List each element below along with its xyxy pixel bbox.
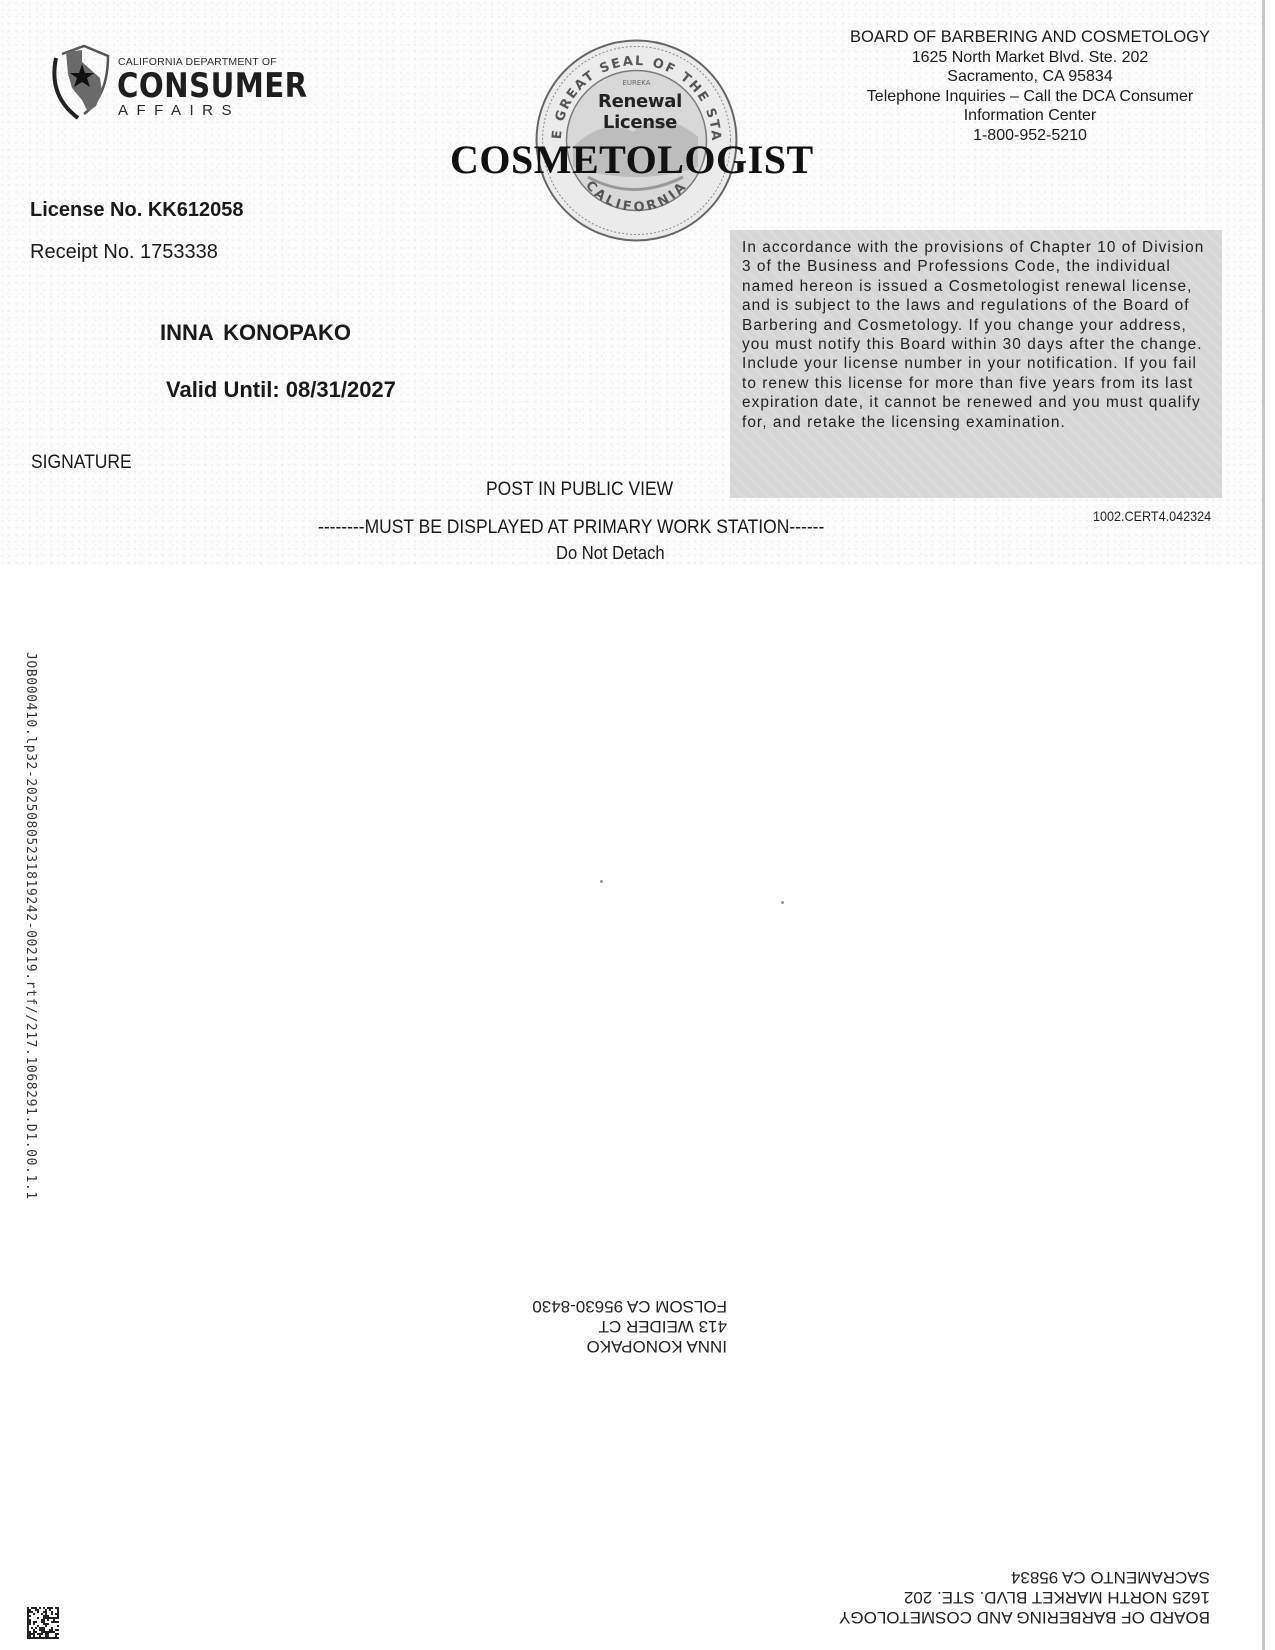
display-at-work-station-notice: --------MUST BE DISPLAYED AT PRIMARY WOR… <box>318 517 824 539</box>
legal-notice-text: In accordance with the provisions of Cha… <box>742 238 1210 432</box>
sender-name: BOARD OF BARBERING AND COSMETOLOGY <box>830 1607 1210 1627</box>
logo-consumer-wordmark: CONSUMER <box>117 66 308 106</box>
sender-city: SACRAMENTO CA 95834 <box>830 1567 1210 1587</box>
board-phone: 1-800-952-5210 <box>840 126 1220 146</box>
board-header: BOARD OF BARBERING AND COSMETOLOGY 1625 … <box>840 28 1220 145</box>
receipt-number: Receipt No. 1753338 <box>30 241 218 264</box>
recipient-address-upside-down: INNA KONOPAKO 413 WEIDER CT FOLSOM CA 95… <box>527 1296 727 1356</box>
logo-affairs-wordmark: AFFAIRS <box>118 102 240 119</box>
dca-logo: CALIFORNIA DEPARTMENT OF CONSUMER AFFAIR… <box>48 44 278 124</box>
print-job-id: JOB000410.lp32-20250805231819242-00219.r… <box>23 652 38 1200</box>
licensee-name: INNA KONOPAKO <box>160 320 351 346</box>
scan-speck <box>781 901 784 904</box>
sender-address-upside-down: BOARD OF BARBERING AND COSMETOLOGY 1625 … <box>830 1567 1210 1627</box>
renewal-license-label: Renewal License <box>560 91 720 133</box>
post-in-public-view-notice: POST IN PUBLIC VIEW <box>486 479 673 501</box>
recipient-street: 413 WEIDER CT <box>527 1316 727 1336</box>
recipient-city: FOLSOM CA 95630-8430 <box>527 1296 727 1316</box>
board-phone-label: Telephone Inquiries – Call the DCA Consu… <box>840 87 1220 107</box>
board-city: Sacramento, CA 95834 <box>840 67 1220 87</box>
form-code: 1002.CERT4.042324 <box>1093 508 1211 524</box>
board-name: BOARD OF BARBERING AND COSMETOLOGY <box>840 28 1220 48</box>
license-type-title: COSMETOLOGIST <box>450 136 814 183</box>
board-address: 1625 North Market Blvd. Ste. 202 <box>840 48 1220 68</box>
license-certificate: CALIFORNIA DEPARTMENT OF CONSUMER AFFAIR… <box>0 0 1262 565</box>
do-not-detach-notice: Do Not Detach <box>556 543 665 564</box>
legal-notice-box: In accordance with the provisions of Cha… <box>730 230 1222 498</box>
board-info-center: Information Center <box>840 106 1220 126</box>
seal-motto: EUREKA <box>622 79 650 87</box>
scan-speck <box>600 880 603 883</box>
california-shield-star-icon <box>48 44 112 122</box>
valid-until-date: Valid Until: 08/31/2027 <box>166 377 396 403</box>
datamatrix-barcode-icon <box>27 1607 59 1639</box>
license-number: License No. KK612058 <box>30 199 243 222</box>
sender-street: 1625 NORTH MARKET BLVD. STE. 202 <box>830 1587 1210 1607</box>
signature-label: SIGNATURE <box>31 452 132 474</box>
page-edge <box>1262 0 1265 1650</box>
recipient-name: INNA KONOPAKO <box>527 1336 727 1356</box>
